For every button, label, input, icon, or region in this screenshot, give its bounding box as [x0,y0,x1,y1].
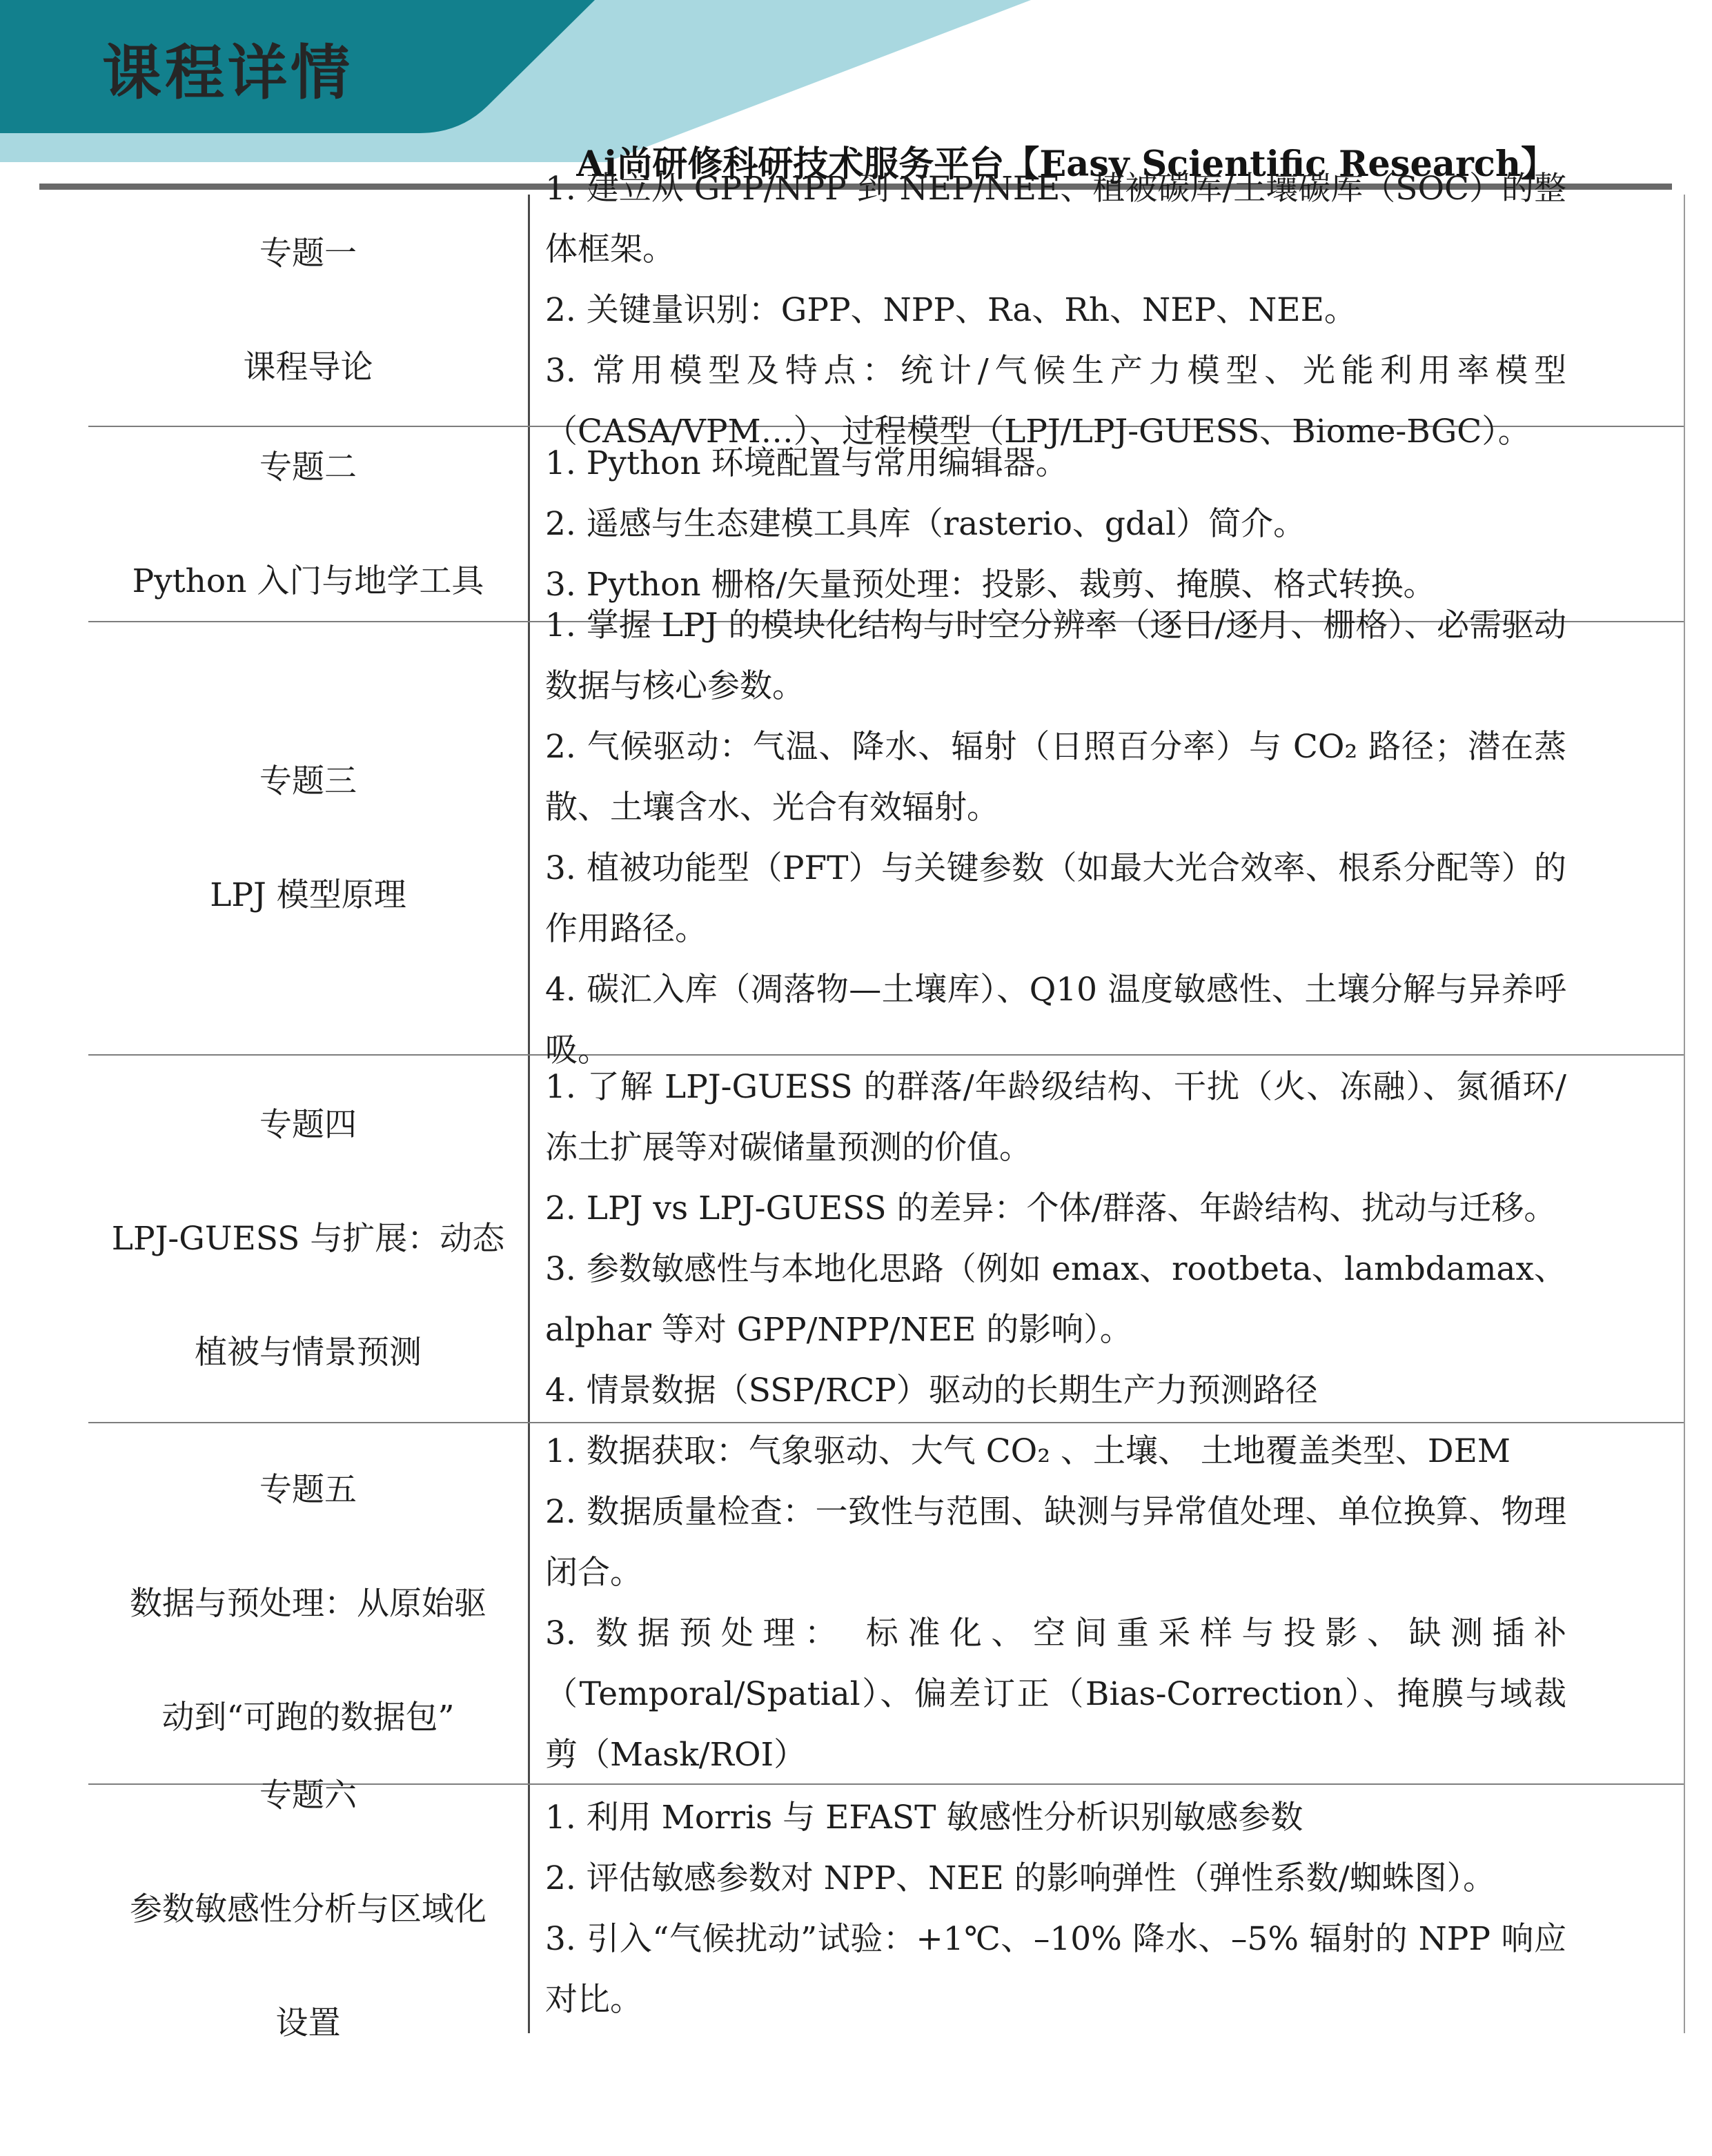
content-item: 2. 气候驱动：气温、降水、辐射（日照百分率）与 CO₂ 路径；潜在蒸散、土壤含… [545,717,1566,838]
topic-title-line: 参数敏感性分析与区域化 [130,1852,486,1966]
topic-title-line: 专题五 [259,1433,357,1547]
topic-title-line: 设置 [276,1966,341,2080]
course-table: 专题一课程导论1. 建立从 GPP/NPP 到 NEP/NEE、植被碳库/土壤碳… [88,195,1685,2033]
topic-title-line: LPJ 模型原理 [210,838,406,952]
content-item: 2. LPJ vs LPJ-GUESS 的差异：个体/群落、年龄结构、扰动与迁移… [545,1178,1566,1239]
content-item: 2. 遥感与生态建模工具库（rasterio、gdal）简介。 [545,494,1566,555]
topic-title-line: 专题三 [259,724,357,838]
content-item: 1. Python 环境配置与常用编辑器。 [545,433,1566,494]
topic-cell: 专题一课程导论 [88,195,530,426]
topic-cell: 专题三LPJ 模型原理 [88,622,530,1054]
topic-title-line: 专题四 [259,1068,357,1182]
topic-title-line: Python 入门与地学工具 [132,524,484,638]
table-row: 专题一课程导论1. 建立从 GPP/NPP 到 NEP/NEE、植被碳库/土壤碳… [88,195,1684,427]
content-item: 1. 数据获取：气象驱动、大气 CO₂ 、土壤、 土地覆盖类型、DEM [545,1421,1566,1482]
table-row: 专题六参数敏感性分析与区域化设置1. 利用 Morris 与 EFAST 敏感性… [88,1785,1684,2033]
table-row: 专题三LPJ 模型原理1. 掌握 LPJ 的模块化结构与时空分辨率（逐日/逐月、… [88,622,1684,1056]
content-cell: 1. Python 环境配置与常用编辑器。2. 遥感与生态建模工具库（raste… [530,427,1684,621]
topic-cell: 专题四LPJ-GUESS 与扩展：动态植被与情景预测 [88,1056,530,1422]
content-item: 1. 建立从 GPP/NPP 到 NEP/NEE、植被碳库/土壤碳库（SOC）的… [545,159,1566,280]
content-item: 1. 利用 Morris 与 EFAST 敏感性分析识别敏感参数 [545,1788,1566,1848]
table-row: 专题五数据与预处理：从原始驱动到“可跑的数据包”1. 数据获取：气象驱动、大气 … [88,1423,1684,1785]
content-cell: 1. 掌握 LPJ 的模块化结构与时空分辨率（逐日/逐月、栅格）、必需驱动数据与… [530,622,1684,1054]
topic-cell: 专题五数据与预处理：从原始驱动到“可跑的数据包” [88,1423,530,1783]
content-item: 1. 掌握 LPJ 的模块化结构与时空分辨率（逐日/逐月、栅格）、必需驱动数据与… [545,595,1566,717]
content-item: 1. 了解 LPJ-GUESS 的群落/年龄级结构、干扰（火、冻融）、氮循环/冻… [545,1057,1566,1178]
table-row: 专题四LPJ-GUESS 与扩展：动态植被与情景预测1. 了解 LPJ-GUES… [88,1056,1684,1423]
content-item: 3. 数据预处理： 标准化、空间重采样与投影、缺测插补（Temporal/Spa… [545,1603,1566,1786]
content-cell: 1. 建立从 GPP/NPP 到 NEP/NEE、植被碳库/土壤碳库（SOC）的… [530,195,1684,426]
content-item: 2. 数据质量检查：一致性与范围、缺测与异常值处理、单位换算、物理闭合。 [545,1482,1566,1603]
content-cell: 1. 数据获取：气象驱动、大气 CO₂ 、土壤、 土地覆盖类型、DEM2. 数据… [530,1423,1684,1783]
content-item: 4. 情景数据（SSP/RCP）驱动的长期生产力预测路径 [545,1361,1566,1421]
page-title: 课程详情 [102,25,353,110]
topic-cell: 专题六参数敏感性分析与区域化设置 [88,1785,530,2033]
content-item: 2. 关键量识别：GPP、NPP、Ra、Rh、NEP、NEE。 [545,280,1566,341]
topic-title-line: LPJ-GUESS 与扩展：动态 [112,1182,505,1296]
topic-title-line: 数据与预处理：从原始驱 [130,1547,486,1661]
content-item: 3. 引入“气候扰动”试验：+1℃、–10% 降水、–5% 辐射的 NPP 响应… [545,1909,1566,2030]
topic-title-line: 课程导论 [244,310,373,424]
topic-title-line: 专题二 [259,411,357,524]
topic-title-line: 专题六 [259,1739,357,1852]
content-item: 3. 参数敏感性与本地化思路（例如 emax、rootbeta、lambdama… [545,1239,1566,1361]
content-item: 2. 评估敏感参数对 NPP、NEE 的影响弹性（弹性系数/蜘蛛图）。 [545,1848,1566,1909]
topic-cell: 专题二Python 入门与地学工具 [88,427,530,621]
table-row: 专题二Python 入门与地学工具1. Python 环境配置与常用编辑器。2.… [88,427,1684,622]
content-cell: 1. 利用 Morris 与 EFAST 敏感性分析识别敏感参数2. 评估敏感参… [530,1785,1684,2033]
content-item: 3. 植被功能型（PFT）与关键参数（如最大光合效率、根系分配等）的作用路径。 [545,838,1566,960]
topic-title-line: 专题一 [259,197,357,310]
course-detail-page: 课程详情 Ai尚研修科研技术服务平台【Easy Scientific Resea… [0,0,1712,2156]
content-cell: 1. 了解 LPJ-GUESS 的群落/年龄级结构、干扰（火、冻融）、氮循环/冻… [530,1056,1684,1422]
topic-title-line: 植被与情景预测 [195,1296,422,1410]
